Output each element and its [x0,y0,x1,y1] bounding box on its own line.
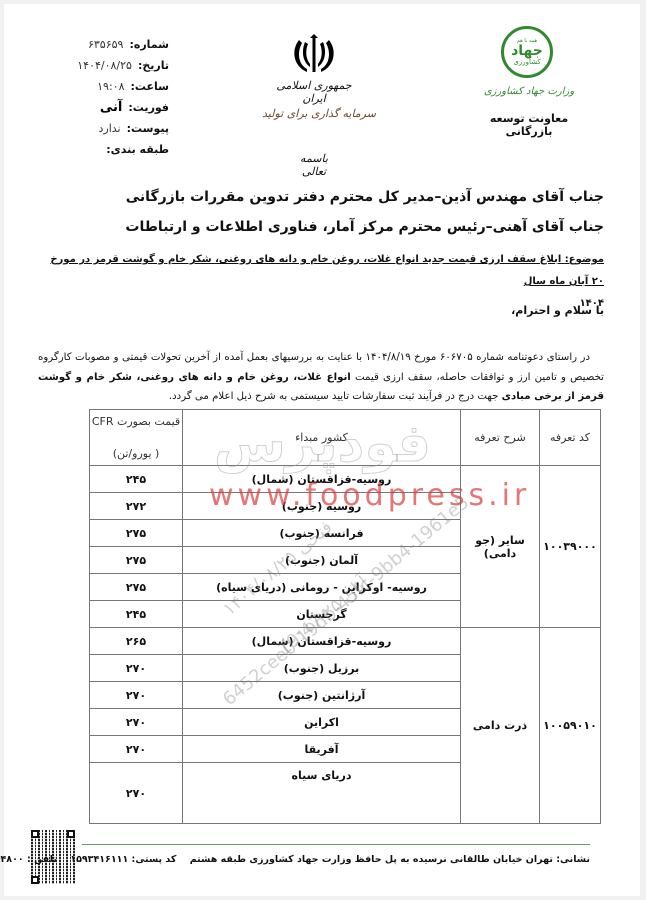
letter-attachment: ندارد [99,122,121,135]
letter-time: ۱۹:۰۸ [97,80,124,93]
origin-country: روسیه (جنوب) [183,493,461,520]
origin-country: آفریقا [183,736,461,763]
footer-divider [82,844,590,845]
origin-country: دریای سیاه [183,763,461,824]
origin-country: گرجستان [183,601,461,628]
price-unit-label: ( یورو/تن) [90,447,182,460]
price-value: ۲۷۰ [90,736,183,763]
price-value: ۲۴۵ [90,601,183,628]
price-value: ۲۷۰ [90,709,183,736]
letter-body: در راستای دعوتنامه شماره ۶۰۶۷۰۵ مورخ ۱۴۰… [38,348,604,407]
header-tariff-desc: شرح تعرفه [461,410,540,466]
price-value: ۲۶۵ [90,628,183,655]
footer-postal: کد پستی: ۱۵۹۳۴۱۶۱۱۱ [70,854,176,865]
price-value: ۲۷۵ [90,520,183,547]
origin-country: آرژانتین (جنوب) [183,682,461,709]
addressee-1: جناب آقای مهندس آذین–مدیر کل محترم دفتر … [44,189,604,205]
table-row: ۱۰۰۵۹۰۱۰ ذرت دامی روسیه-قزاقستان (شمال) … [90,628,601,655]
price-value: ۲۷۰ [90,655,183,682]
letter-priority: آنی [100,100,123,115]
iran-emblem-icon [289,32,339,77]
origin-country: برزیل (جنوب) [183,655,461,682]
addressee-2: جناب آقای آهنی–رئیس محترم مرکز آمار، فنا… [44,219,604,235]
subject-text: ابلاغ سقف ارزی قیمت جدید انواع غلات، روغ… [50,254,604,287]
origin-country: روسیه- اوکراین - رومانی (دریای سیاه) [183,574,461,601]
origin-country: اکراین [183,709,461,736]
tariff-desc: سایر (جو دامی) [461,466,540,628]
deputy-name: معاونت توسعه بازرگانی [474,112,584,138]
tariff-desc: ذرت دامی [461,628,540,824]
number-label: شماره: [129,38,169,51]
header-price-cfr: قیمت بصورت CFR ( یورو/تن) [90,410,183,466]
price-value: ۲۷۵ [90,574,183,601]
greeting: با سلام و احترام، [511,304,604,317]
origin-country: آلمان (جنوب) [183,547,461,574]
footer-phone: تلفن : ۴۳۵۴۴۸۰۰ [0,854,57,865]
ministry-name: وزارت جهاد کشاورزی [474,86,584,97]
origin-country: روسیه-قزاقستان (شمال) [183,628,461,655]
tariff-code: ۱۰۰۳۹۰۰۰ [540,466,601,628]
footer-address: نشانی: تهران خیابان طالقانی نرسیده به پل… [190,854,590,865]
footer-contact: نشانی: تهران خیابان طالقانی نرسیده به پل… [70,854,590,865]
letter-number: ۶۳۵۶۵۹ [88,38,123,51]
price-value: ۲۷۵ [90,547,183,574]
date-label: تاریخ: [138,59,169,72]
origin-country: فرانسه (جنوب) [183,520,461,547]
jahad-keshavarzi-logo: همه با هم جهاد کشاورزی [501,26,553,78]
logo-sub-text: کشاورزی [513,58,540,67]
year-slogan: سرمایه گذاری برای تولید [254,107,384,120]
price-value: ۲۴۵ [90,466,183,493]
table-header-row: کد تعرفه شرح تعرفه کشور مبداء قیمت بصورت… [90,410,601,466]
emblem-caption: جمهوری اسلامی ایران [264,79,364,105]
price-value: ۲۷۰ [90,763,183,824]
subject-label: موضوع: [565,254,604,265]
header-origin-country: کشور مبداء [183,410,461,466]
attachment-label: پیوست: [127,122,169,135]
letter-meta: شماره:۶۳۵۶۵۹ تاریخ:۱۴۰۴/۰۸/۲۵ ساعت:۱۹:۰۸… [44,34,169,160]
header-tariff-code: کد تعرفه [540,410,601,466]
price-cfr-label: قیمت بصورت CFR [90,415,182,428]
body-text-2: جهت درج در فرآیند ثبت سفارشات تایید سیست… [169,391,502,402]
price-value: ۲۷۲ [90,493,183,520]
price-table: کد تعرفه شرح تعرفه کشور مبداء قیمت بصورت… [89,409,601,824]
priority-label: فوریت: [128,101,169,114]
price-value: ۲۷۰ [90,682,183,709]
classification-label: طبقه بندی: [106,143,169,156]
time-label: ساعت: [130,80,169,93]
letter-page: شماره:۶۳۵۶۵۹ تاریخ:۱۴۰۴/۰۸/۲۵ ساعت:۱۹:۰۸… [4,4,640,896]
origin-country: روسیه-قزاقستان (شمال) [183,466,461,493]
letter-date: ۱۴۰۴/۰۸/۲۵ [77,59,132,72]
logo-main-text: جهاد [511,44,543,58]
table-row: ۱۰۰۳۹۰۰۰ سایر (جو دامی) روسیه-قزاقستان (… [90,466,601,493]
tariff-code: ۱۰۰۵۹۰۱۰ [540,628,601,824]
bismillah: باسمه تعالی [289,152,339,178]
